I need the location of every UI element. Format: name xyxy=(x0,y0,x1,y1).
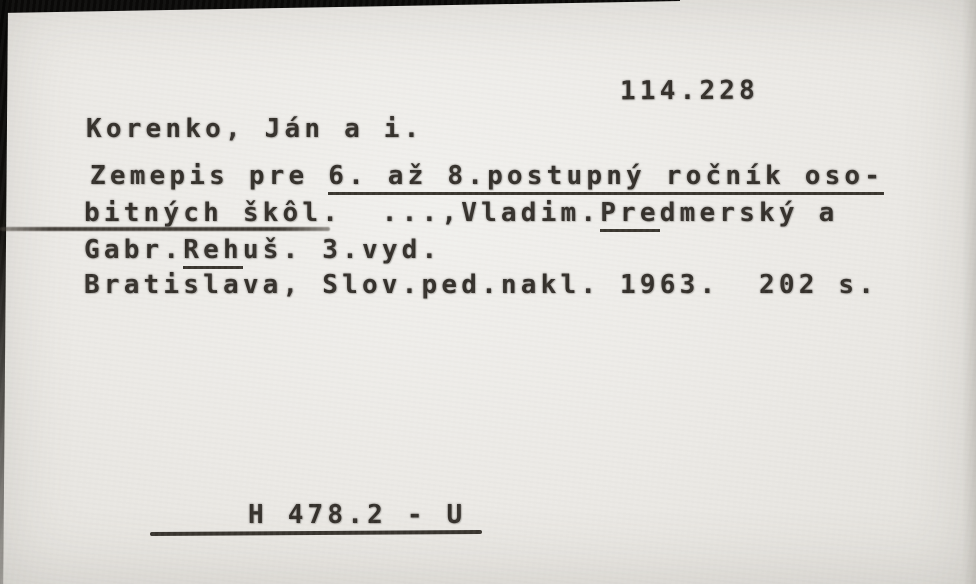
margin-underline-stroke xyxy=(0,227,330,231)
imprint-line: Bratislava, Slov.ped.nakl. 1963. 202 s. xyxy=(84,270,878,300)
title-line1-prefix: Zemepis pre xyxy=(90,161,328,191)
scan-edge-right xyxy=(962,0,976,584)
contributors-line: Gabr.Rehuš. 3.vyd. xyxy=(84,235,441,265)
scan-edge-left xyxy=(0,0,8,584)
title-line1-underlined: 6. až 8.postupný ročník oso- xyxy=(328,161,884,195)
title-line2-underlined-name: Pre xyxy=(600,198,660,232)
contributors-rest: uš. 3.vyd. xyxy=(243,235,442,265)
contributors-prefix: Gabr. xyxy=(84,235,183,265)
call-number: H 478.2 - U xyxy=(248,500,466,530)
accession-number: 114.228 xyxy=(620,76,759,107)
contributors-underlined: Reh xyxy=(183,235,243,269)
title-line2-rest: dmerský a xyxy=(660,198,839,228)
title-line-1: Zemepis pre 6. až 8.postupný ročník oso- xyxy=(90,161,884,191)
title-line-2: bitných škôl. ...,Vladim.Predmerský a xyxy=(84,198,838,228)
author-heading-line: Korenko, Ján a i. xyxy=(86,114,424,144)
title-line2-start: bitných škôl. xyxy=(84,198,342,228)
title-line2-middle: ...,Vladim. xyxy=(342,198,600,228)
catalog-card-scan: 114.228 Korenko, Ján a i. Zemepis pre 6.… xyxy=(0,0,976,584)
scan-edge-top xyxy=(0,0,680,13)
call-number-underline-stroke xyxy=(150,530,482,536)
